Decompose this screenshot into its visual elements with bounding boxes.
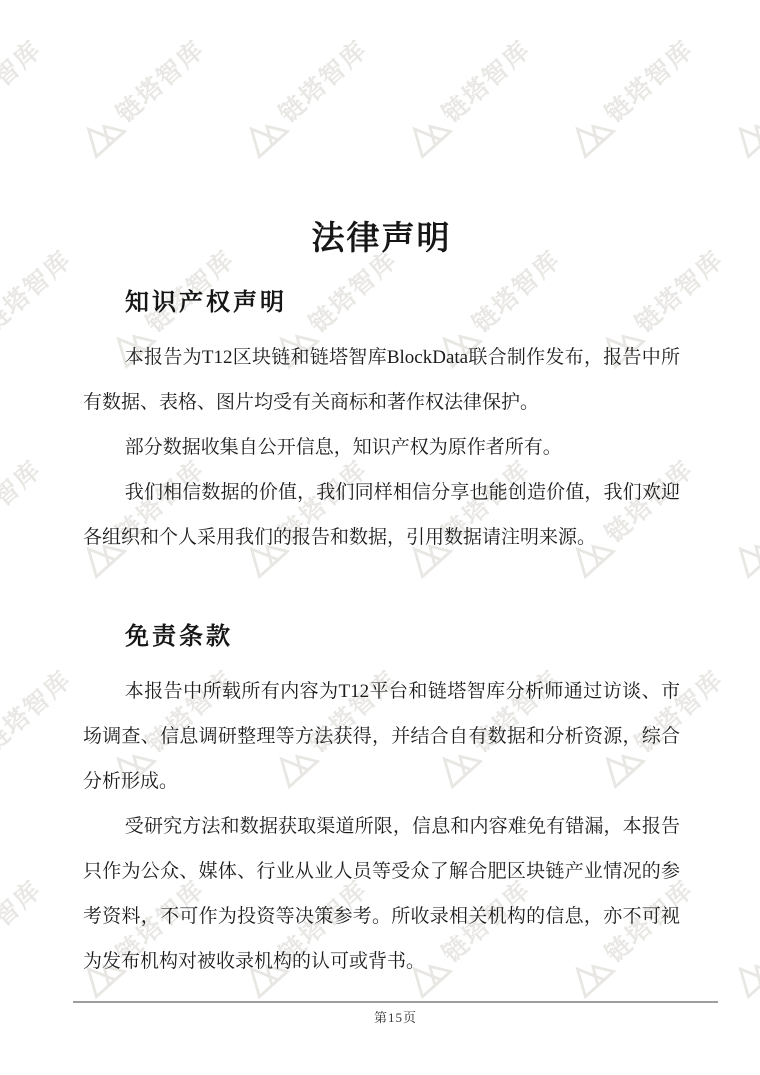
document-page: 法律声明 知识产权声明 本报告为T12区块链和链塔智库BlockData联合制作… [0,0,760,984]
paragraph: 本报告中所载所有内容为T12平台和链塔智库分析师通过访谈、市场调查、信息调研整理… [83,669,680,804]
paragraph: 本报告为T12区块链和链塔智库BlockData联合制作发布，报告中所有数据、表… [83,335,680,425]
page-number: 第15页 [374,1010,417,1025]
section-body-ip-statement: 本报告为T12区块链和链塔智库BlockData联合制作发布，报告中所有数据、表… [83,335,680,560]
section-heading-disclaimer: 免责条款 [125,622,680,652]
paragraph: 部分数据收集自公开信息，知识产权为原作者所有。 [83,425,680,470]
page-footer: 第15页 [73,1001,718,1027]
section-body-disclaimer: 本报告中所载所有内容为T12平台和链塔智库分析师通过访谈、市场调查、信息调研整理… [83,669,680,984]
page-title: 法律声明 [83,220,680,258]
paragraph: 我们相信数据的价值，我们同样相信分享也能创造价值，我们欢迎各组织和个人采用我们的… [83,470,680,560]
paragraph: 受研究方法和数据获取渠道所限，信息和内容难免有错漏，本报告只作为公众、媒体、行业… [83,804,680,984]
section-heading-ip-statement: 知识产权声明 [125,288,680,318]
